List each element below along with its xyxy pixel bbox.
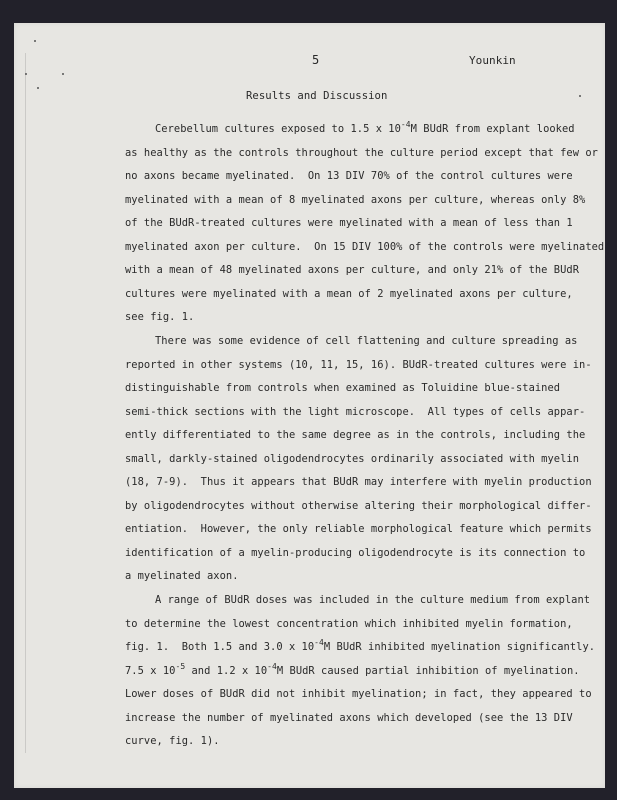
paragraph-2-line-6: small, darkly-stained oligodendrocytes o… <box>125 453 579 465</box>
speck <box>579 95 581 97</box>
section-title: Results and Discussion <box>246 90 387 102</box>
document-page: 5 Younkin Results and Discussion Cerebel… <box>14 23 605 788</box>
paragraph-3-line-5: Lower doses of BUdR did not inhibit myel… <box>125 688 592 700</box>
paragraph-2-line-3: distinguishable from controls when exami… <box>125 382 560 394</box>
paragraph-2-line-2: reported in other systems (10, 11, 15, 1… <box>125 359 592 371</box>
paragraph-3-line-2: to determine the lowest concentration wh… <box>125 618 573 630</box>
paragraph-2-line-11: a myelinated axon. <box>125 570 239 582</box>
paragraph-1-line-9: see fig. 1. <box>125 311 194 323</box>
paragraph-1-line-2: as healthy as the controls throughout th… <box>125 147 598 159</box>
paragraph-2-line-5: ently differentiated to the same degree … <box>125 429 585 441</box>
speck <box>62 73 64 75</box>
page-number: 5 <box>312 53 319 67</box>
paragraph-2-line-7: (18, 7-9). Thus it appears that BUdR may… <box>125 476 592 488</box>
paragraph-3-line-6: increase the number of myelinated axons … <box>125 712 573 724</box>
paragraph-2-line-10: identification of a myelin-producing oli… <box>125 547 585 559</box>
paragraph-1-line-3: no axons became myelinated. On 13 DIV 70… <box>125 170 573 182</box>
paragraph-2-line-4: semi-thick sections with the light micro… <box>125 406 585 418</box>
paragraph-3-line-1: A range of BUdR doses was included in th… <box>155 594 590 606</box>
paragraph-3-line-7: curve, fig. 1). <box>125 735 220 747</box>
paragraph-3-line-4: 7.5 x 10-5 and 1.2 x 10-4M BUdR caused p… <box>125 665 580 677</box>
speck <box>25 73 27 75</box>
margin-rule <box>25 53 26 753</box>
running-head-author: Younkin <box>469 54 516 67</box>
speck <box>34 40 36 42</box>
paragraph-1-line-6: myelinated axon per culture. On 15 DIV 1… <box>125 241 604 253</box>
paragraph-1-line-5: of the BUdR-treated cultures were myelin… <box>125 217 573 229</box>
paragraph-2-line-8: by oligodendrocytes without otherwise al… <box>125 500 592 512</box>
paragraph-2-line-1: There was some evidence of cell flatteni… <box>155 335 577 347</box>
paragraph-3-line-3: fig. 1. Both 1.5 and 3.0 x 10-4M BUdR in… <box>125 641 595 653</box>
speck <box>37 87 39 89</box>
paragraph-2-line-9: entiation. However, the only reliable mo… <box>125 523 592 535</box>
paragraph-1-line-1: Cerebellum cultures exposed to 1.5 x 10-… <box>155 123 575 135</box>
paragraph-1-line-7: with a mean of 48 myelinated axons per c… <box>125 264 579 276</box>
paragraph-1-line-8: cultures were myelinated with a mean of … <box>125 288 573 300</box>
paragraph-1-line-4: myelinated with a mean of 8 myelinated a… <box>125 194 585 206</box>
